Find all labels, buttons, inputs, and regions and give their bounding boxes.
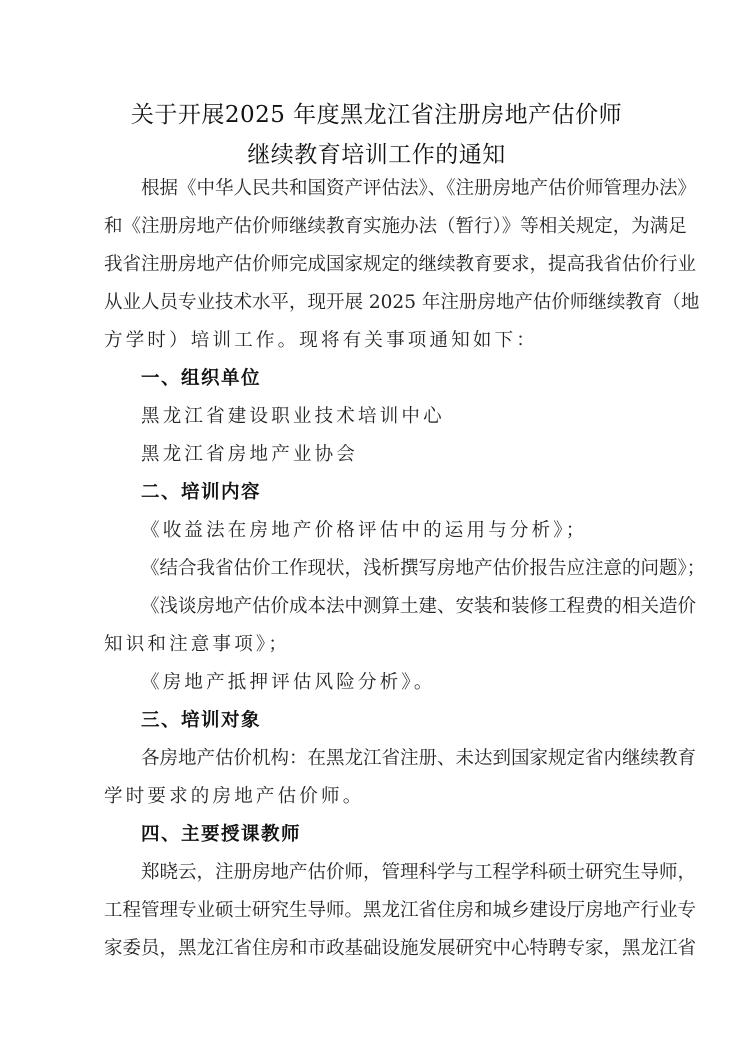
section-line: 《浅谈房地产估价成本法中测算土建、安装和装修工程费的相关造价 (104, 588, 670, 626)
intro-line: 根据《中华人民共和国资产评估法》、《注册房地产估价师管理办法》 (104, 170, 670, 208)
document-body: 根据《中华人民共和国资产评估法》、《注册房地产估价师管理办法》 和《注册房地产估… (104, 170, 670, 968)
document-title-line-2: 继续教育培训工作的通知 (0, 140, 753, 170)
section-lecturers: 四、主要授课教师 郑晓云，注册房地产估价师，管理科学与工程学科硕士研究生导师， … (104, 816, 670, 968)
section-line: 《收益法在房地产价格评估中的运用与分析》； (104, 512, 670, 550)
section-line: 工程管理专业硕士研究生导师。黑龙江省住房和城乡建设厅房地产行业专 (104, 892, 670, 930)
document-page: 关于开展2025 年度黑龙江省注册房地产估价师 继续教育培训工作的通知 根据《中… (0, 0, 753, 1063)
intro-line: 我省注册房地产估价师完成国家规定的继续教育要求，提高我省估价行业 (104, 246, 670, 284)
section-line: 郑晓云，注册房地产估价师，管理科学与工程学科硕士研究生导师， (104, 854, 670, 892)
section-training-content: 二、培训内容 《收益法在房地产价格评估中的运用与分析》； 《结合我省估价工作现状… (104, 474, 670, 702)
section-line: 《房地产抵押评估风险分析》。 (104, 664, 670, 702)
section-line: 各房地产估价机构：在黑龙江省注册、未达到国家规定省内继续教育 (104, 740, 670, 778)
section-line: 黑龙江省房地产业协会 (104, 436, 670, 474)
section-organizers: 一、组织单位 黑龙江省建设职业技术培训中心 黑龙江省房地产业协会 (104, 360, 670, 474)
section-heading: 四、主要授课教师 (104, 816, 670, 854)
intro-line: 方学时）培训工作。现将有关事项通知如下： (104, 322, 670, 360)
intro-paragraph: 根据《中华人民共和国资产评估法》、《注册房地产估价师管理办法》 和《注册房地产估… (104, 170, 670, 360)
section-line: 黑龙江省建设职业技术培训中心 (104, 398, 670, 436)
intro-line: 和《注册房地产估价师继续教育实施办法（暂行）》等相关规定，为满足 (104, 208, 670, 246)
section-heading: 一、组织单位 (104, 360, 670, 398)
section-line: 学时要求的房地产估价师。 (104, 778, 670, 816)
section-training-targets: 三、培训对象 各房地产估价机构：在黑龙江省注册、未达到国家规定省内继续教育 学时… (104, 702, 670, 816)
section-heading: 三、培训对象 (104, 702, 670, 740)
section-heading: 二、培训内容 (104, 474, 670, 512)
document-title-line-1: 关于开展2025 年度黑龙江省注册房地产估价师 (0, 100, 753, 130)
intro-line: 从业人员专业技术水平，现开展 2025 年注册房地产估价师继续教育（地 (104, 284, 670, 322)
section-line: 知识和注意事项》； (104, 626, 670, 664)
section-line: 家委员，黑龙江省住房和市政基础设施发展研究中心特聘专家，黑龙江省 (104, 930, 670, 968)
section-line: 《结合我省估价工作现状，浅析撰写房地产估价报告应注意的问题》； (104, 550, 670, 588)
